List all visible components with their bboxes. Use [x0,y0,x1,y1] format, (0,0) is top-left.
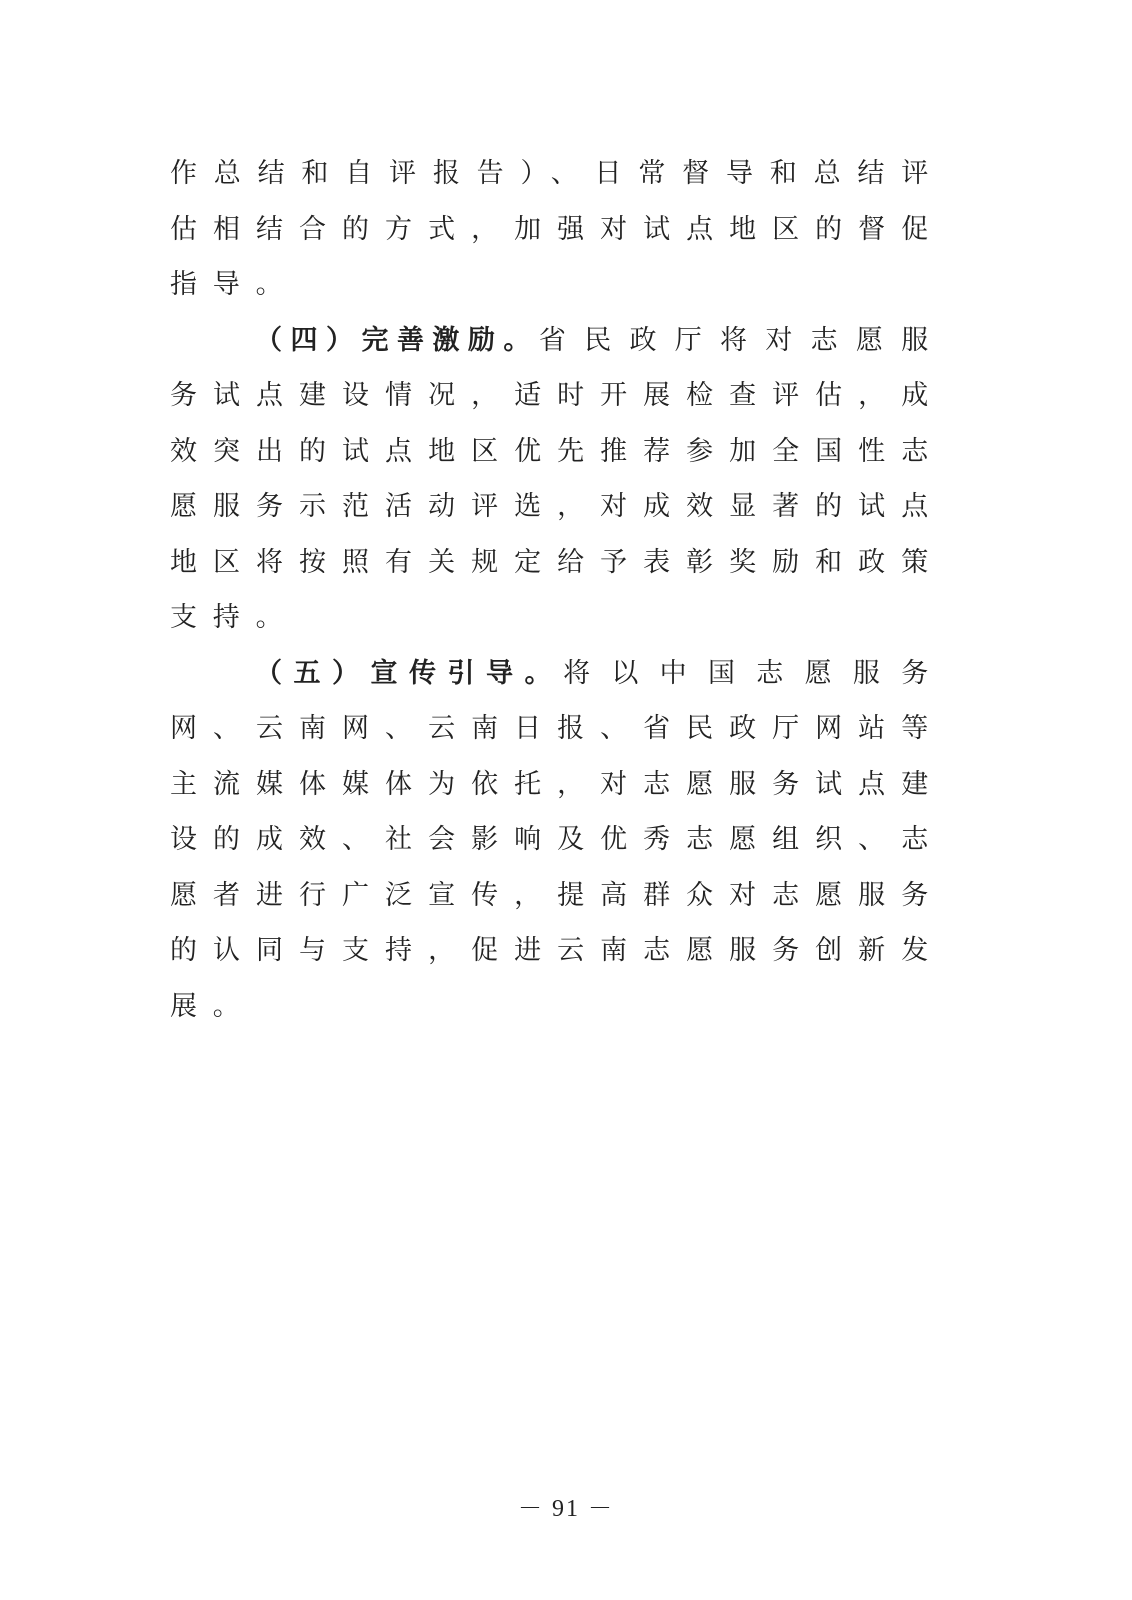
paragraph-text: 省民政厅将对志愿服务试点建设情况，适时开展检查评估，成效突出的试点地区优先推荐参… [170,325,944,634]
paragraph-incentives: （四）完善激励。省民政厅将对志愿服务试点建设情况，适时开展检查评估，成效突出的试… [170,313,944,646]
section-heading-publicity: （五）宣传引导。 [255,658,563,689]
paragraph-text: 作总结和自评报告）、日常督导和总结评估相结合的方式，加强对试点地区的督促指导。 [170,158,944,300]
section-heading-incentives: （四）完善激励。 [255,325,539,356]
paragraph-continuation: 作总结和自评报告）、日常督导和总结评估相结合的方式，加强对试点地区的督促指导。 [170,146,944,313]
paragraph-publicity: （五）宣传引导。将以中国志愿服务网、云南网、云南日报、省民政厅网站等主流媒体媒体… [170,646,944,1035]
paragraph-text: 将以中国志愿服务网、云南网、云南日报、省民政厅网站等主流媒体媒体为依托，对志愿服… [170,658,944,1022]
document-body: 作总结和自评报告）、日常督导和总结评估相结合的方式，加强对试点地区的督促指导。 … [170,146,944,1034]
document-page: 作总结和自评报告）、日常督导和总结评估相结合的方式，加强对试点地区的督促指导。 … [0,0,1132,1600]
page-number: － 91 － [0,1488,1132,1523]
